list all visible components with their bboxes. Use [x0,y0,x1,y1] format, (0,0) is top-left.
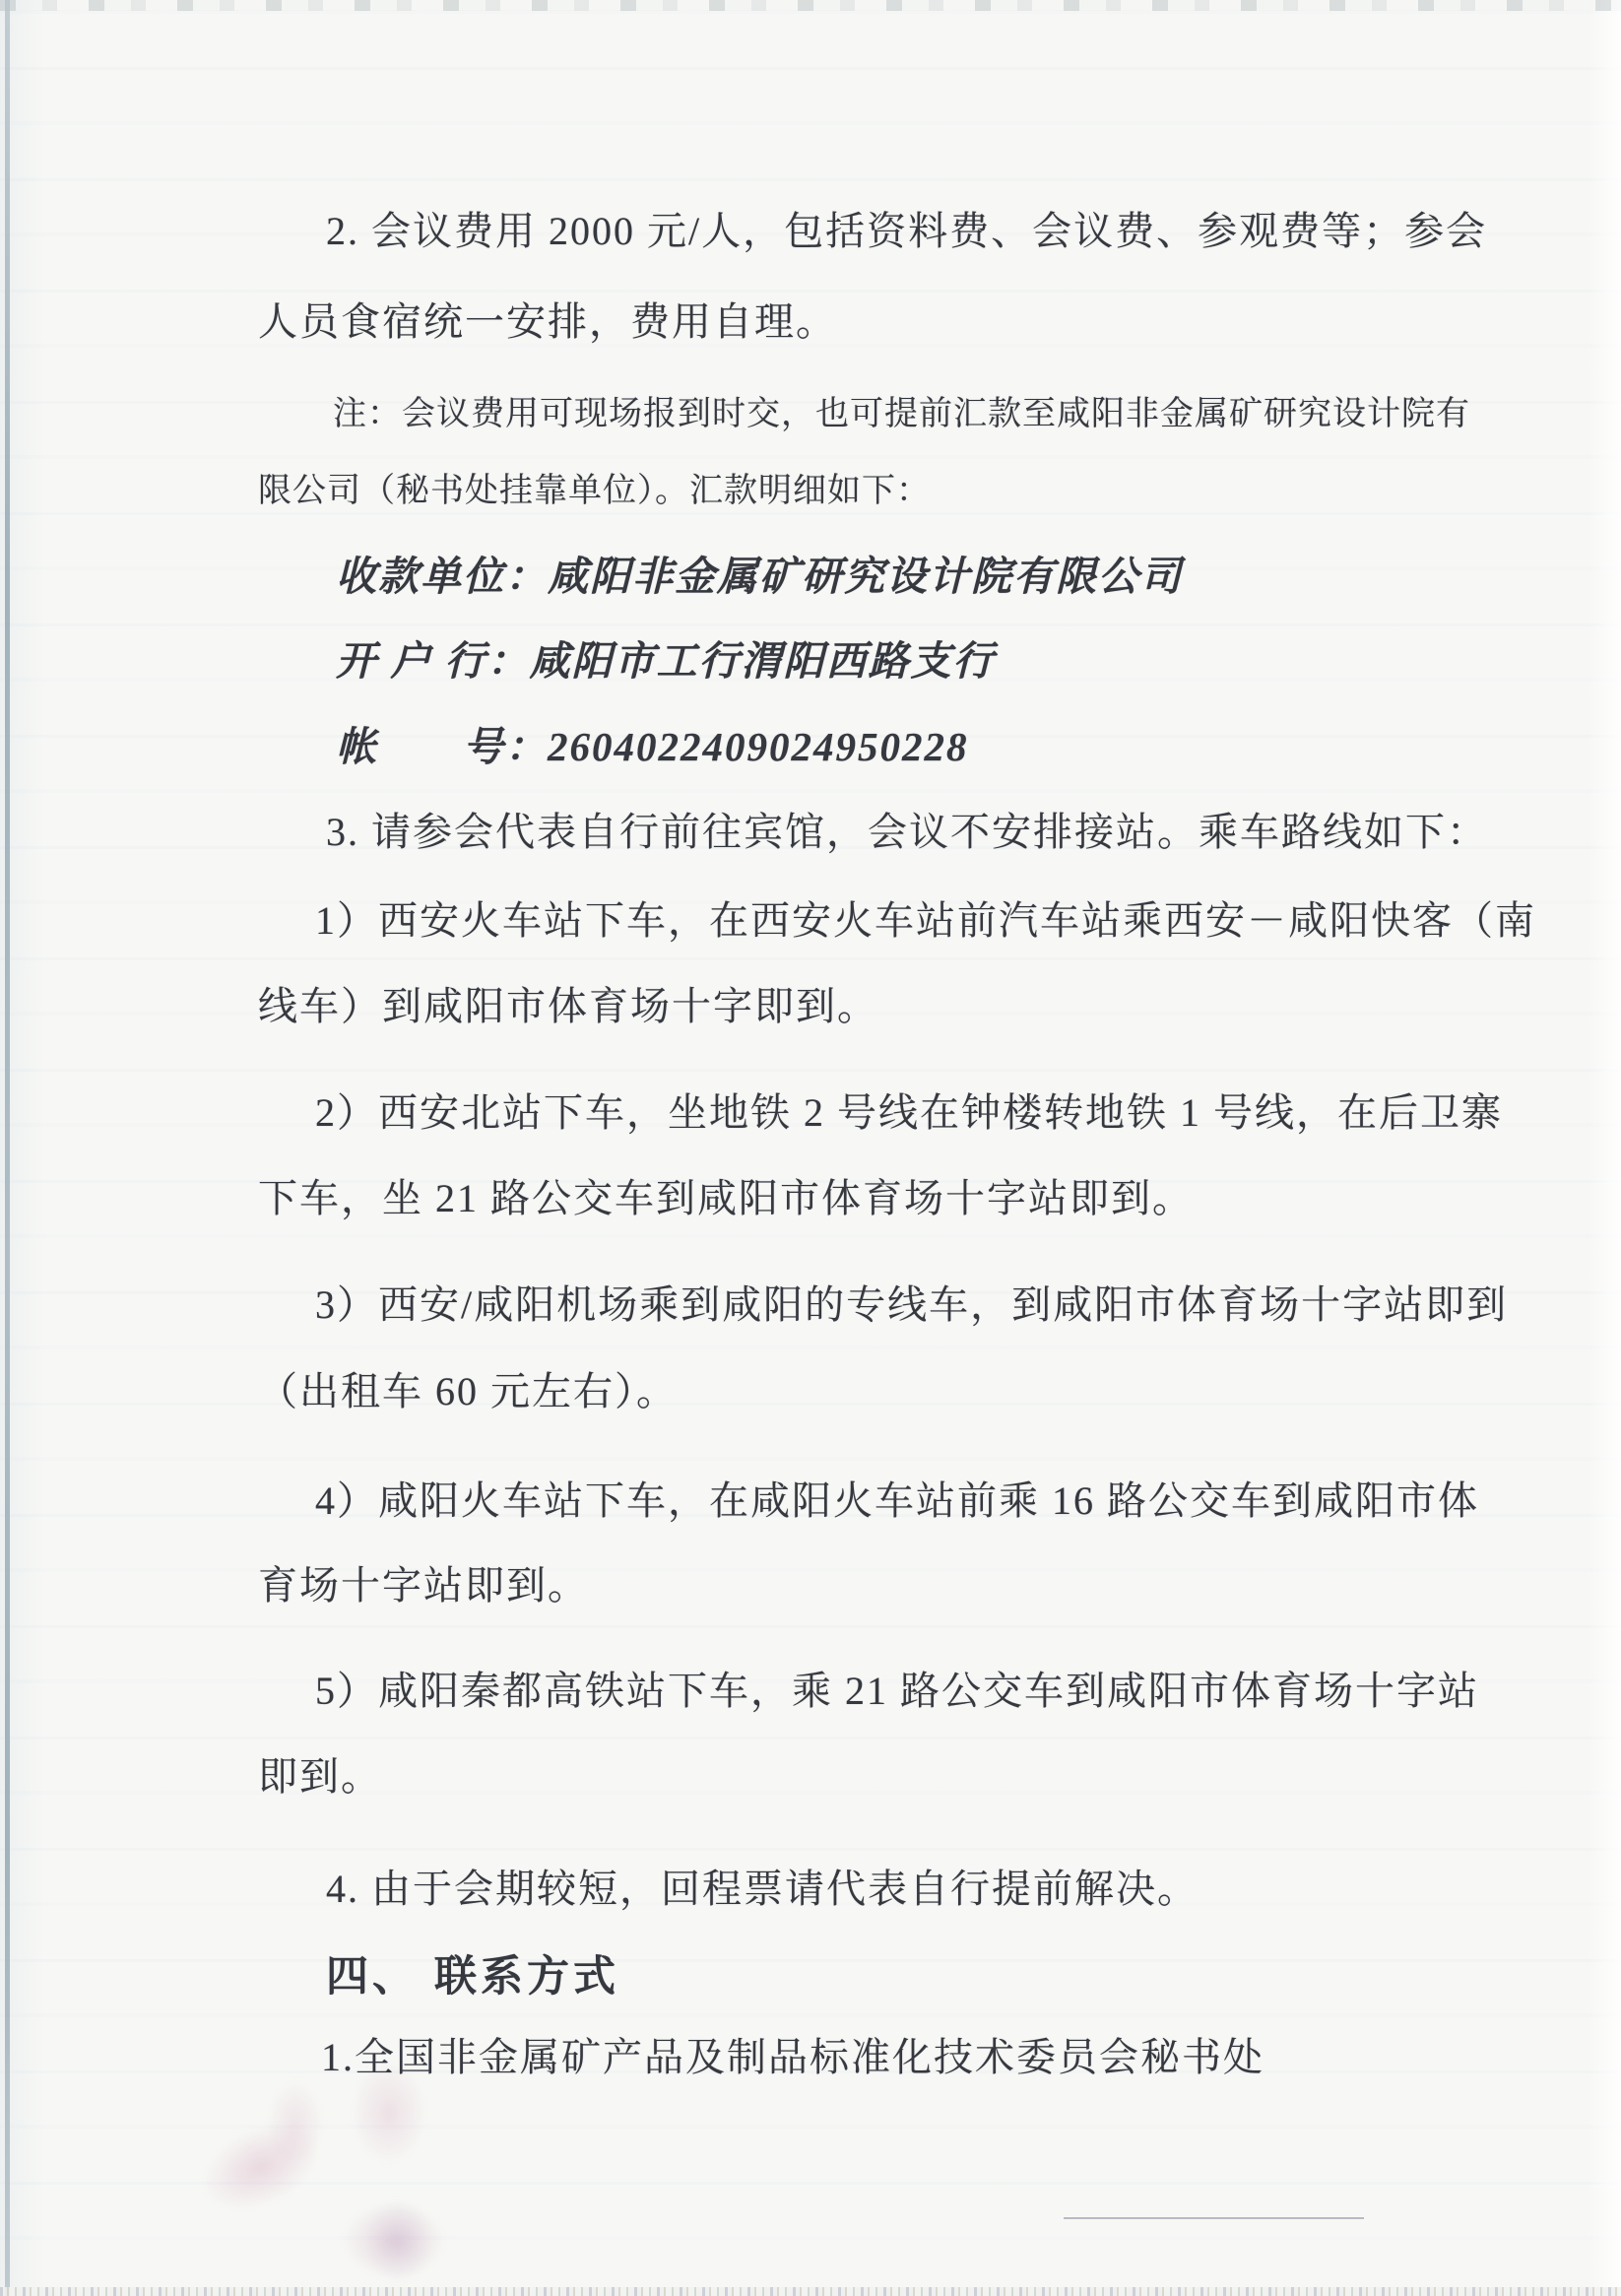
note-line-1: 注：会议费用可现场报到时交，也可提前汇款至咸阳非金属矿研究设计院有 [333,386,1470,434]
scan-left-edge-artifact [5,0,10,2296]
contact-section-heading: 四、 联系方式 [326,1943,619,2003]
route-5-line-1: 5）咸阳秦都高铁站下车，乘 21 路公交车到咸阳市体育场十字站 [315,1660,1479,1716]
route-3-line-2: （出租车 60 元左右）。 [258,1360,678,1416]
bank-branch-line: 开 户 行：咸阳市工行渭阳西路支行 [336,628,996,687]
pink-smudge-artifact [340,2201,448,2280]
route-4-line-2: 育场十字站即到。 [258,1554,589,1610]
bank-account-line: 帐 号：2604022409024950228 [336,714,969,772]
fee-paragraph-line-1: 2. 会议费用 2000 元/人，包括资料费、会议费、参观费等；参会 [326,200,1487,256]
scan-bottom-noise-artifact [0,2287,1621,2296]
contact-item-line: 1.全国非金属矿产品及制品标准化技术委员会秘书处 [321,2026,1264,2082]
document-page: 2. 会议费用 2000 元/人，包括资料费、会议费、参观费等；参会人员食宿统一… [0,0,1621,2296]
return-ticket-line: 4. 由于会期较短，回程票请代表自行提前解决。 [326,1858,1199,1914]
route-4-line-1: 4）咸阳火车站下车，在咸阳火车站前乘 16 路公交车到咸阳市体 [315,1470,1479,1526]
pink-smudge-artifact [364,2197,433,2285]
route-3-line-1: 3）西安/咸阳机场乘到咸阳的专线车，到咸阳市体育场十字站即到 [315,1274,1508,1330]
route-5-line-2: 即到。 [258,1745,382,1802]
transport-intro-line: 3. 请参会代表自行前往宾馆，会议不安排接站。乘车路线如下： [326,801,1488,857]
pink-smudge-artifact [186,2104,336,2229]
fee-paragraph-line-2: 人员食宿统一安排，费用自理。 [258,291,837,347]
note-line-2: 限公司（秘书处挂靠单位）。汇款明细如下： [258,463,931,511]
route-2-line-2: 下车，坐 21 路公交车到咸阳市体育场十字站即到。 [258,1167,1194,1223]
scan-top-edge-artifact [0,0,1621,11]
route-1-line-2: 线车）到咸阳市体育场十字即到。 [258,975,878,1031]
pink-smudge-artifact [266,2078,325,2167]
stray-line-artifact [1064,2217,1364,2219]
bank-payee-line: 收款单位：咸阳非金属矿研究设计院有限公司 [336,544,1183,602]
route-2-line-1: 2）西安北站下车，坐地铁 2 号线在钟楼转地铁 1 号线，在后卫寨 [315,1082,1503,1138]
route-1-line-1: 1）西安火车站下车，在西安火车站前汽车站乘西安－咸阳快客（南 [315,889,1536,946]
